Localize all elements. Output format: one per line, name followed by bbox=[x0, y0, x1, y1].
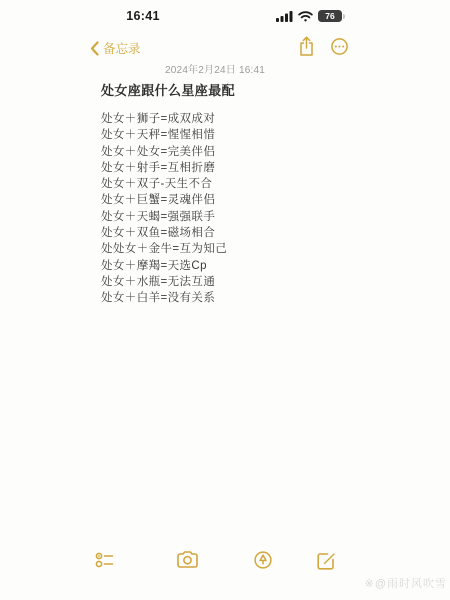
note-line: 处女＋天秤=惺惺相惜 bbox=[101, 127, 227, 143]
note-line: 处女＋天蝎=强强联手 bbox=[101, 209, 227, 225]
back-label: 备忘录 bbox=[103, 39, 141, 57]
more-button[interactable] bbox=[331, 38, 348, 55]
note-body[interactable]: 处女＋狮子=成双成对 处女＋天秤=惺惺相惜 处女＋处女=完美伴侣 处女＋射手=互… bbox=[101, 111, 227, 307]
note-line: 处女＋摩羯=天选Cp bbox=[101, 258, 227, 274]
status-icons: 76 bbox=[276, 10, 342, 22]
back-button[interactable]: 备忘录 bbox=[90, 39, 141, 57]
markup-button[interactable] bbox=[254, 551, 272, 569]
compose-button[interactable] bbox=[317, 551, 336, 570]
checklist-button[interactable] bbox=[95, 551, 114, 569]
note-timestamp: 2024年2月24日 16:41 bbox=[0, 61, 430, 76]
wifi-icon bbox=[298, 11, 313, 22]
note-line: 处女＋水瓶=无法互通 bbox=[101, 274, 227, 290]
compose-icon bbox=[317, 551, 336, 570]
status-time: 16:41 bbox=[118, 9, 168, 23]
battery-icon: 76 bbox=[318, 10, 342, 22]
camera-icon bbox=[177, 551, 198, 568]
markup-pen-icon bbox=[254, 551, 272, 569]
note-line: 处女＋狮子=成双成对 bbox=[101, 111, 227, 127]
note-line: 处女＋双鱼=磁场相合 bbox=[101, 225, 227, 241]
note-line: 处女＋白羊=没有关系 bbox=[101, 290, 227, 306]
note-line: 处女＋处女=完美伴侣 bbox=[101, 144, 227, 160]
chevron-left-icon bbox=[90, 41, 99, 56]
note-title[interactable]: 处女座跟什么星座最配 bbox=[101, 80, 235, 99]
share-button[interactable] bbox=[298, 36, 315, 57]
note-line: 处女＋射手=互相折磨 bbox=[101, 160, 227, 176]
note-line: 处女＋双子-天生不合 bbox=[101, 176, 227, 192]
cellular-signal-icon bbox=[276, 11, 293, 22]
note-line: 处女＋巨蟹=灵魂伴侣 bbox=[101, 192, 227, 208]
note-line: 处处女＋金牛=互为知己 bbox=[101, 241, 227, 257]
ellipsis-circle-icon bbox=[331, 38, 348, 55]
checklist-icon bbox=[95, 551, 114, 569]
watermark: ※@雨时风吹雪 bbox=[365, 575, 447, 591]
share-icon bbox=[298, 36, 315, 57]
camera-button[interactable] bbox=[177, 551, 198, 568]
